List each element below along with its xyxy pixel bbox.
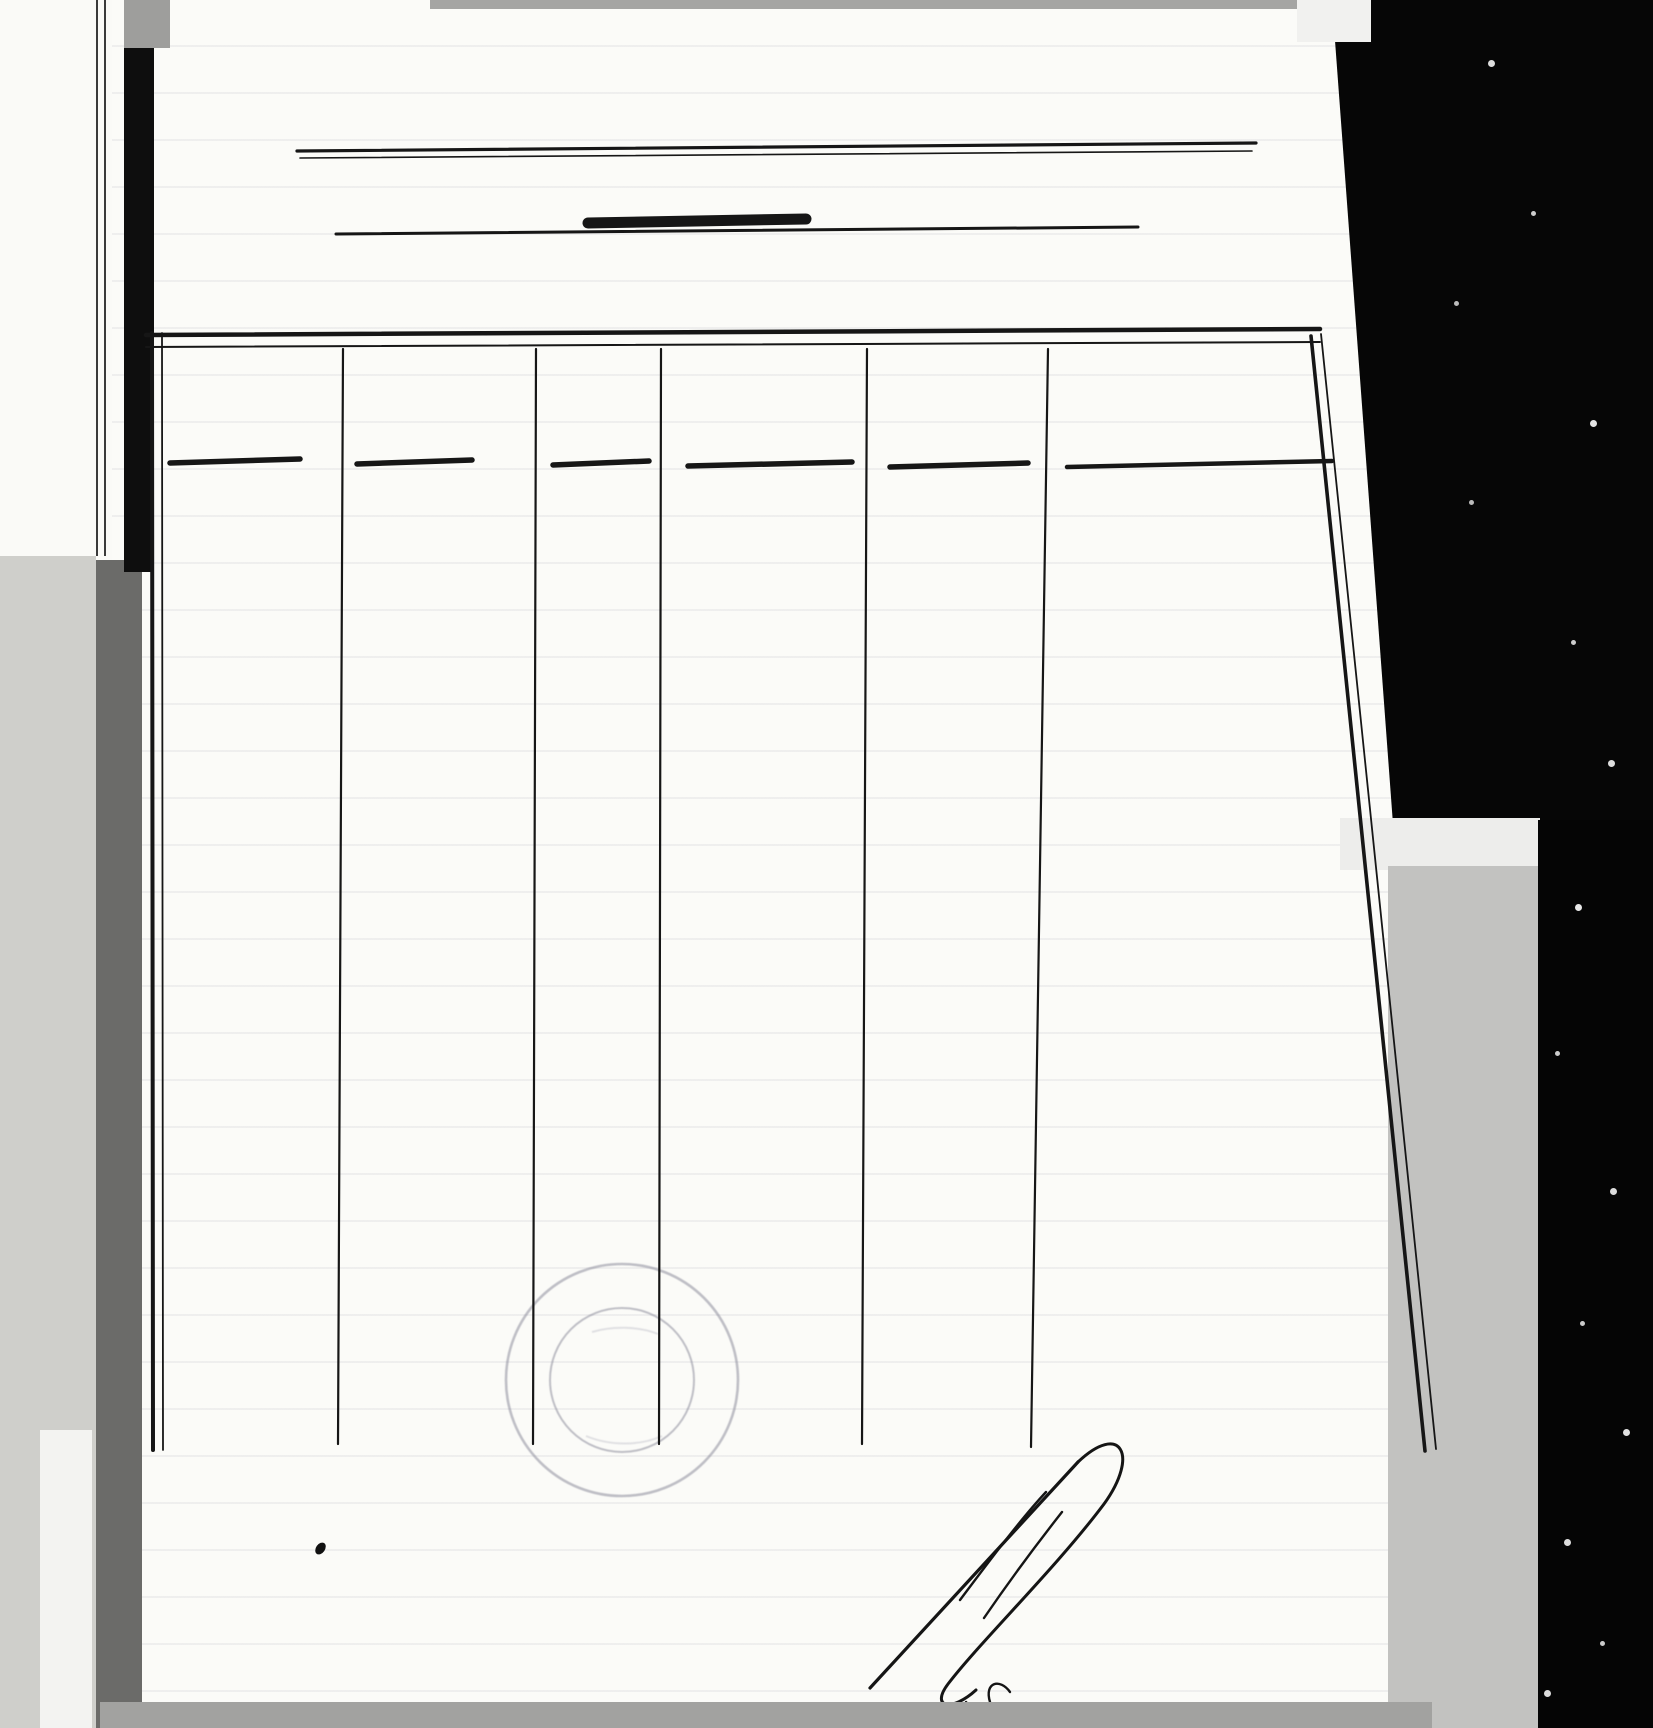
scanned-document-page	[0, 0, 1653, 1728]
scan-bottom-edge-band	[100, 1702, 1432, 1728]
signature-squiggle	[830, 1420, 1170, 1728]
table-body	[0, 0, 1653, 1728]
